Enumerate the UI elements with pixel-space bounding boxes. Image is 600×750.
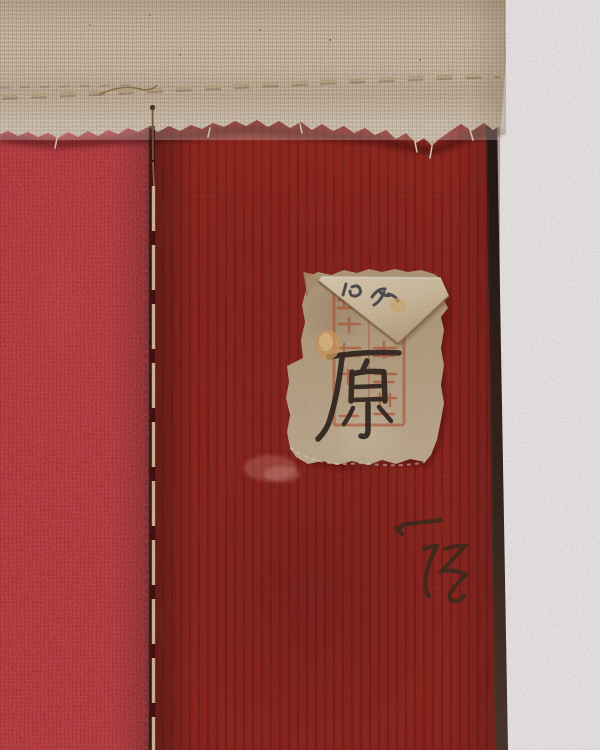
textile-photograph <box>0 0 600 750</box>
grain-overlay <box>0 0 600 750</box>
photo-canvas <box>0 0 600 750</box>
